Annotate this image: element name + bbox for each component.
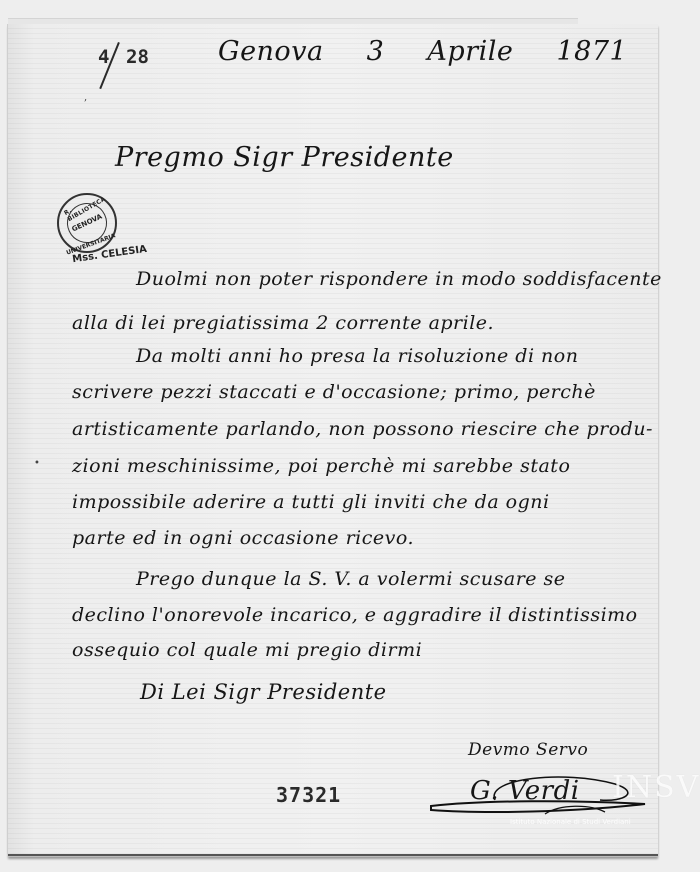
letter-line: Da molti anni ho presa la risoluzione di… bbox=[136, 345, 578, 367]
day: 3 bbox=[367, 36, 385, 67]
signature: G. Verdi bbox=[470, 776, 580, 806]
letter-line: declino l'onorevole incarico, e aggradir… bbox=[72, 604, 638, 626]
ink-speck: , bbox=[84, 92, 87, 103]
letter-line: impossibile aderire a tutti gli inviti c… bbox=[72, 491, 550, 513]
month: Aprile bbox=[427, 36, 513, 67]
watermark-logo: INSV bbox=[612, 770, 700, 805]
watermark-text: Istituto Nazionale di Studi Verdiani bbox=[510, 818, 631, 826]
letter-dateline: Genova 3 Aprile 1871 bbox=[218, 36, 661, 67]
letter-line: Duolmi non poter rispondere in modo sodd… bbox=[136, 268, 662, 290]
letter-line: parte ed in ogni occasione ricevo. bbox=[72, 527, 414, 549]
closing-formula: Devmo Servo bbox=[468, 740, 588, 760]
place: Genova bbox=[218, 36, 324, 67]
letter-line: alla di lei pregiatissima 2 corrente apr… bbox=[72, 312, 494, 334]
ink-speck: • bbox=[34, 458, 40, 469]
library-stamp: R. BIBLIOTECA GENOVA UNIVERSITARIA bbox=[57, 193, 117, 253]
letter-line: zioni meschinissime, poi perchè mi sareb… bbox=[72, 455, 570, 477]
letter-line: artisticamente parlando, non possono rie… bbox=[72, 418, 653, 440]
folio-right: 28 bbox=[126, 46, 149, 68]
inventory-number: 37321 bbox=[276, 783, 341, 807]
year: 1871 bbox=[556, 36, 627, 67]
stamp-center-text: GENOVA bbox=[71, 213, 104, 234]
salutation: Pregmo Sigr Presidente bbox=[115, 142, 454, 173]
letter-line: scrivere pezzi staccati e d'occasione; p… bbox=[72, 381, 596, 403]
letter-line: ossequio col quale mi pregio dirmi bbox=[72, 639, 422, 661]
letter-line: Prego dunque la S. V. a volermi scusare … bbox=[136, 568, 566, 590]
closing-salutation: Di Lei Sigr Presidente bbox=[140, 680, 387, 704]
